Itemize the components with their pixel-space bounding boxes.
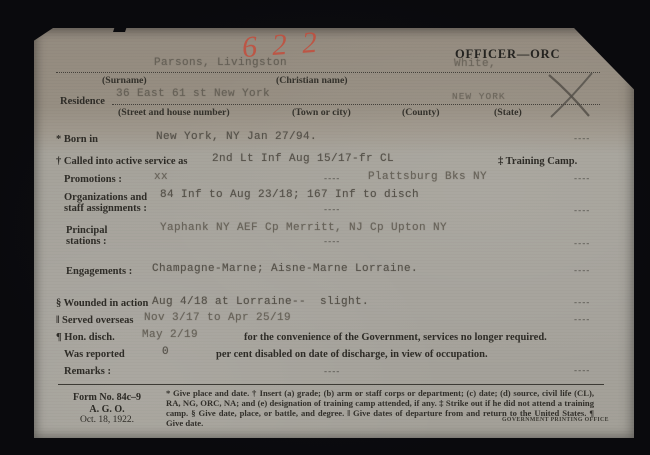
engagements-value: Champagne-Marne; Aisne-Marne Lorraine.	[152, 263, 418, 275]
footer-divider	[58, 384, 604, 385]
scan-background: 622 OFFICER—ORC Parsons, Livingston Whit…	[0, 0, 650, 455]
name-value: Parsons, Livingston	[154, 57, 287, 69]
promotions-value: xx	[154, 171, 168, 183]
christian-name-label: (Christian name)	[276, 75, 348, 86]
overseas-label: ‖ Served overseas	[56, 315, 133, 326]
principal-stations-value: Yaphank NY AEF Cp Merritt, NJ Cp Upton N…	[160, 222, 447, 234]
overseas-value: Nov 3/17 to Apr 25/19	[144, 312, 291, 324]
wounded-value: Aug 4/18 at Lorraine-- slight.	[152, 296, 369, 308]
discharge-value: May 2/19	[142, 329, 198, 341]
remarks-mid-dash: ----	[323, 367, 339, 377]
residence-line	[112, 104, 600, 105]
gpo-imprint: GOVERNMENT PRINTING OFFICE	[502, 417, 609, 423]
residence-value: 36 East 61 st New York	[116, 88, 270, 100]
race-value: White,	[454, 58, 496, 70]
training-camp-note: ‡ Training Camp.	[498, 156, 577, 167]
organizations-value: 84 Inf to Aug 23/18; 167 Inf to disch	[160, 189, 419, 201]
engagements-label: Engagements :	[66, 266, 132, 277]
promotions-station-value: Plattsburg Bks NY	[368, 171, 487, 183]
residence-label: Residence	[60, 96, 105, 107]
active-service-value: 2nd Lt Inf Aug 15/17-fr CL	[212, 153, 394, 165]
photo-corner-clip	[32, 26, 56, 42]
pencil-x-mark	[542, 70, 598, 120]
organizations-label: Organizations and staff assignments :	[64, 192, 164, 214]
street-label: (Street and house number)	[118, 107, 230, 118]
state-label: (State)	[494, 107, 522, 118]
form-number-block: Form No. 84c–9 A. G. O. Oct. 18, 1922.	[50, 392, 164, 427]
form-number: Form No. 84c–9	[50, 392, 164, 404]
born-dash: ----	[573, 134, 589, 144]
surname-label: (Surname)	[102, 75, 147, 86]
organizations-mid-dash: ----	[323, 205, 339, 215]
promotions-label: Promotions :	[64, 174, 122, 185]
wounded-label: § Wounded in action	[56, 298, 148, 309]
reported-label: Was reported	[64, 349, 125, 360]
promotions-mid-dash: ----	[323, 174, 339, 184]
wounded-dash: ----	[573, 298, 589, 308]
active-service-label: † Called into active service as	[56, 156, 188, 167]
overseas-dash: ----	[573, 315, 589, 325]
principal-stations-mid-dash: ----	[323, 237, 339, 247]
edge-notch	[113, 26, 127, 32]
form-office: A. G. O.	[50, 404, 164, 416]
born-label: * Born in	[56, 134, 98, 145]
remarks-dash: ----	[573, 366, 589, 376]
town-label: (Town or city)	[292, 107, 351, 118]
remarks-label: Remarks :	[64, 366, 111, 377]
residence-state-value: NEW YORK	[452, 91, 506, 102]
discharge-printed-text: for the convenience of the Government, s…	[244, 332, 547, 343]
principal-stations-dash: ----	[573, 239, 589, 249]
discharge-label: ¶ Hon. disch.	[56, 332, 115, 343]
organizations-dash: ----	[573, 206, 589, 216]
county-label: (County)	[402, 107, 440, 118]
engagements-dash: ----	[573, 266, 589, 276]
service-record-card: 622 OFFICER—ORC Parsons, Livingston Whit…	[34, 28, 634, 438]
reported-printed-text: per cent disabled on date of discharge, …	[216, 349, 488, 360]
form-date: Oct. 18, 1922.	[50, 415, 164, 427]
name-line	[56, 72, 600, 73]
promotions-dash: ----	[573, 174, 589, 184]
principal-stations-label: Principal stations :	[66, 225, 136, 247]
born-value: New York, NY Jan 27/94.	[156, 131, 317, 143]
reported-value: 0	[162, 346, 169, 358]
